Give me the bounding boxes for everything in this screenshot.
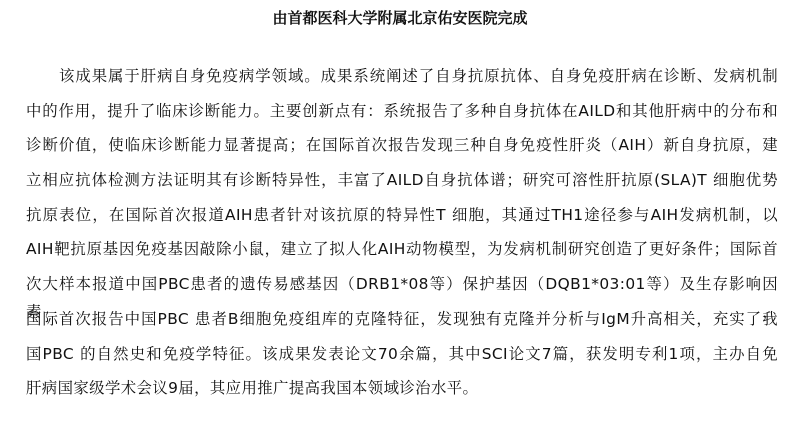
paragraph-line: 国际首次报告中国PBC 患者B细胞免疫组库的克隆特征，发现独有克隆并分析与IgM… xyxy=(26,305,778,340)
paragraph-line: AIH靶抗原基因免疫基因敲除小鼠，建立了拟人化AIH动物模型，为发病机制研究创造… xyxy=(26,235,778,270)
paragraph-line: 肝病国家级学术会议9届，其应用推广提高我国本领域诊治水平。 xyxy=(26,374,778,409)
paragraph-line-text: 国际首次报告中国PBC 患者B细胞免疫组库的克隆特征，发现独有克隆并分析与IgM… xyxy=(26,305,778,340)
paragraph-line: 抗原表位，在国际首次报道AIH患者针对该抗原的特异性T 细胞，其通过TH1途径参… xyxy=(26,201,778,236)
paragraph-line-text: AIH靶抗原基因免疫基因敲除小鼠，建立了拟人化AIH动物模型，为发病机制研究创造… xyxy=(26,235,778,270)
document-title: 由首都医科大学附属北京佑安医院完成 xyxy=(0,6,800,30)
paragraph-line-text: 肝病国家级学术会议9届，其应用推广提高我国本领域诊治水平。 xyxy=(26,374,778,409)
paragraph-line-text: 立相应抗体检测方法证明其有诊断特异性，丰富了AILD自身抗体谱；研究可溶性肝抗原… xyxy=(26,166,778,201)
paragraph-line: 该成果属于肝病自身免疫病学领域。成果系统阐述了自身抗原抗体、自身免疫肝病在诊断、… xyxy=(26,62,778,97)
paragraph-line: 国PBC 的自然史和免疫学特征。该成果发表论文70余篇，其中SCI论文7篇，获发… xyxy=(26,340,778,375)
paragraph-line: 诊断价值，使临床诊断能力显著提高；在国际首次报告发现三种自身免疫性肝炎（AIH）… xyxy=(26,131,778,166)
paragraph-line-text: 抗原表位，在国际首次报道AIH患者针对该抗原的特异性T 细胞，其通过TH1途径参… xyxy=(26,201,778,236)
paragraph-line: 立相应抗体检测方法证明其有诊断特异性，丰富了AILD自身抗体谱；研究可溶性肝抗原… xyxy=(26,166,778,201)
paragraph-line-text: 国PBC 的自然史和免疫学特征。该成果发表论文70余篇，其中SCI论文7篇，获发… xyxy=(26,340,778,375)
paragraph-line-text: 诊断价值，使临床诊断能力显著提高；在国际首次报告发现三种自身免疫性肝炎（AIH）… xyxy=(26,131,778,166)
paragraph-line: 次大样本报道中国PBC患者的遗传易感基因（DRB1*08等）保护基因（DQB1*… xyxy=(26,270,778,305)
paragraph-line: 中的作用，提升了临床诊断能力。主要创新点有：系统报告了多种自身抗体在AILD和其… xyxy=(26,97,778,132)
paragraph-line-text: 次大样本报道中国PBC患者的遗传易感基因（DRB1*08等）保护基因（DQB1*… xyxy=(26,270,778,305)
paragraph-line-text: 中的作用，提升了临床诊断能力。主要创新点有：系统报告了多种自身抗体在AILD和其… xyxy=(26,97,778,132)
paragraph-line-text: 该成果属于肝病自身免疫病学领域。成果系统阐述了自身抗原抗体、自身免疫肝病在诊断、… xyxy=(26,62,778,97)
document-paragraph: 该成果属于肝病自身免疫病学领域。成果系统阐述了自身抗原抗体、自身免疫肝病在诊断、… xyxy=(26,62,778,409)
